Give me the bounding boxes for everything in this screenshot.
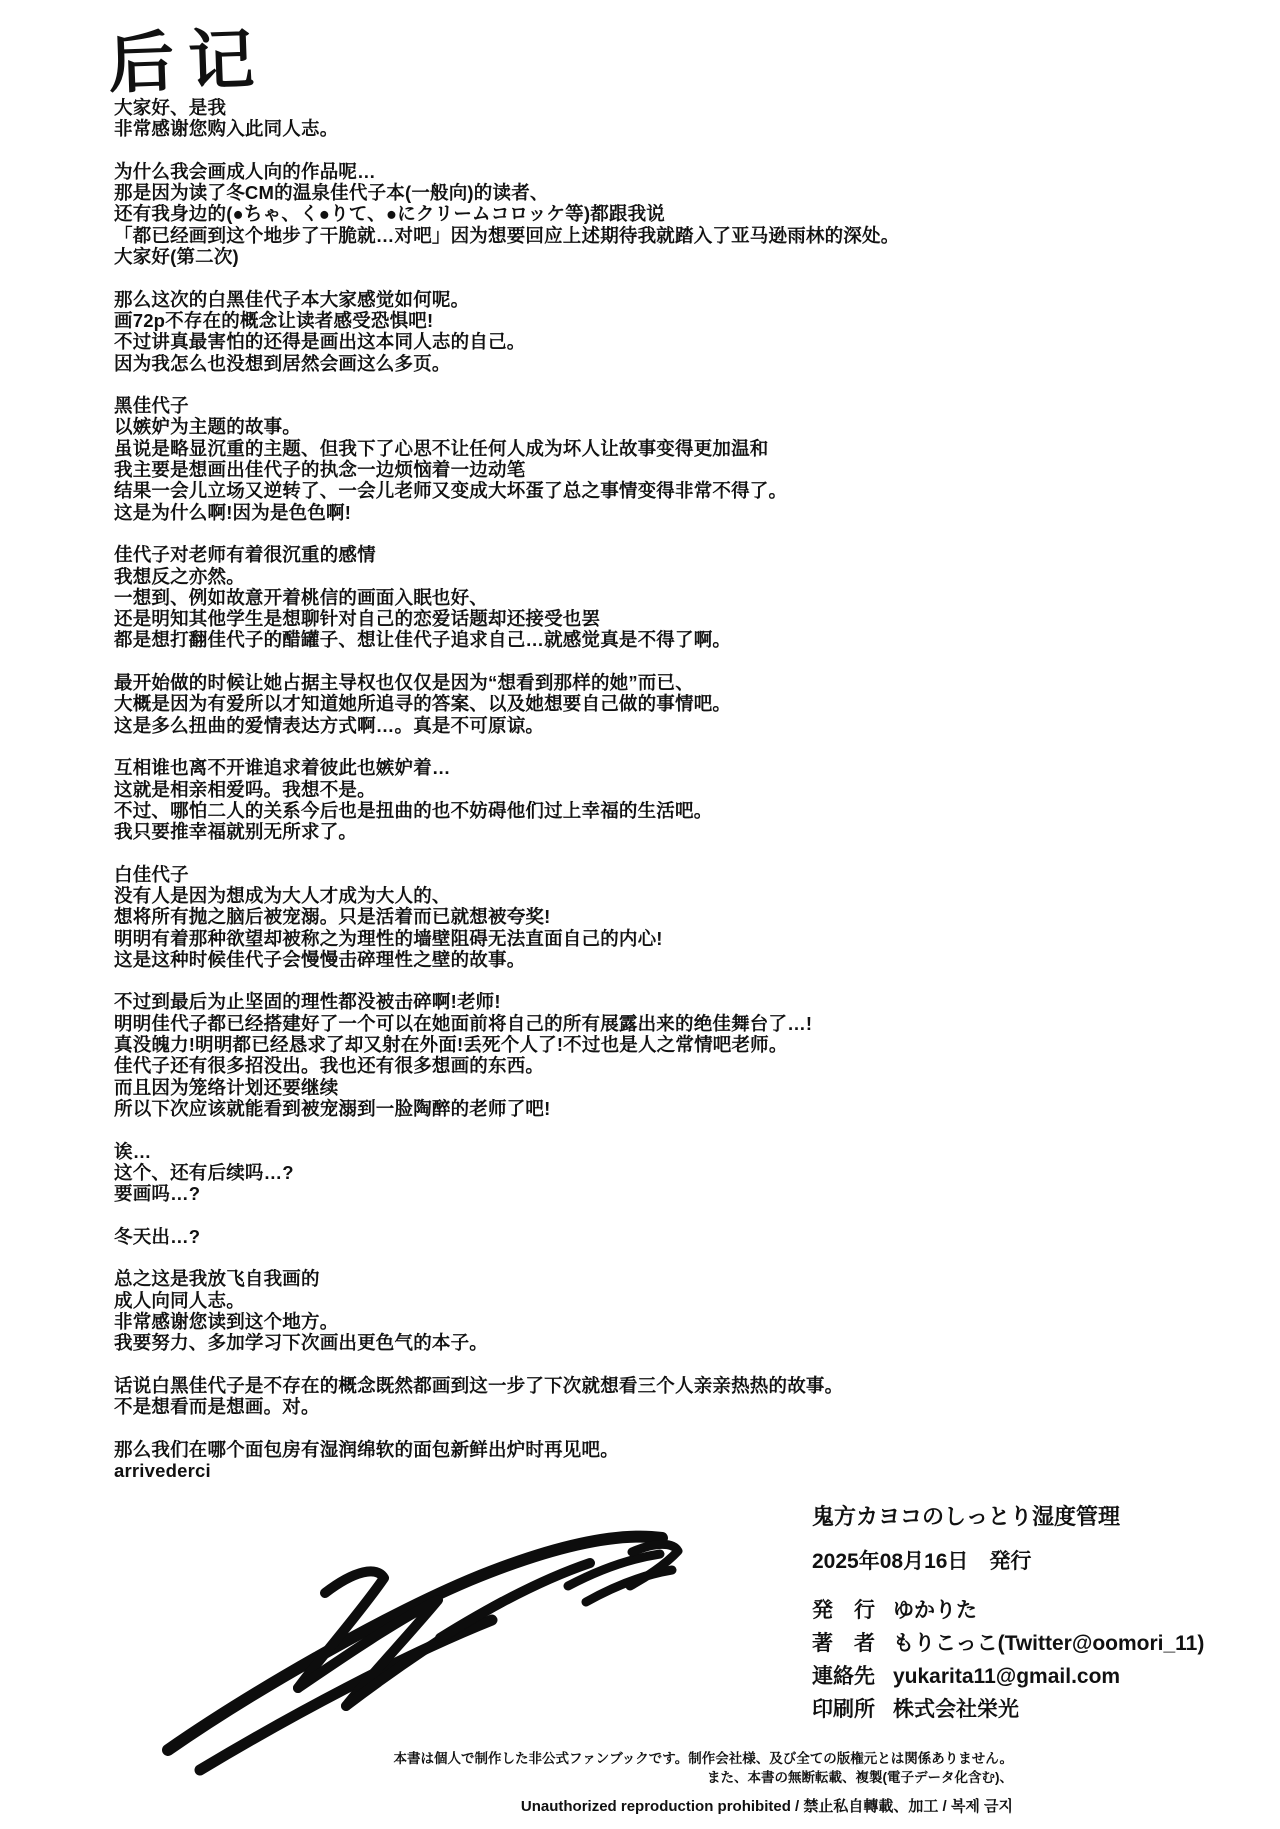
page-title: 后记 <box>106 5 269 106</box>
colophon-entries: 発 行ゆかりた著 者もりこっこ(Twitter@oomori_11)連絡先yuk… <box>812 1600 1232 1721</box>
colophon-value: ゆかりた <box>893 1600 977 1622</box>
text-line: 这就是相亲相爱吗。我想不是。 <box>114 779 1234 800</box>
text-line: 还有我身边的(●ちゃ、く●りて、●にクリームコロッケ等)都跟我说 <box>114 203 1234 224</box>
colophon-label: 連絡先 <box>812 1666 893 1688</box>
text-line: 黑佳代子 <box>114 395 1234 416</box>
text-line: 成人向同人志。 <box>114 1290 1234 1311</box>
colophon-label: 著 者 <box>812 1633 893 1655</box>
paragraph: 佳代子对老师有着很沉重的感情我想反之亦然。一想到、例如故意开着桃信的画面入眠也好… <box>114 544 1234 650</box>
paragraph: 那么我们在哪个面包房有湿润绵软的面包新鲜出炉时再见吧。arrivederci <box>114 1439 1234 1482</box>
afterword-body: 大家好、是我非常感谢您购入此同人志。为什么我会画成人向的作品呢…那是因为读了冬C… <box>114 97 1234 1481</box>
text-line: 一想到、例如故意开着桃信的画面入眠也好、 <box>114 587 1234 608</box>
text-line: 那么我们在哪个面包房有湿润绵软的面包新鲜出炉时再见吧。 <box>114 1439 1234 1460</box>
text-line: 这是这种时候佳代子会慢慢击碎理性之壁的故事。 <box>114 949 1234 970</box>
paragraph: 为什么我会画成人向的作品呢…那是因为读了冬CM的温泉佳代子本(一般向)的读者、还… <box>114 161 1234 267</box>
colophon-label: 印刷所 <box>812 1699 893 1721</box>
text-line: 明明佳代子都已经搭建好了一个可以在她面前将自己的所有展露出来的绝佳舞台了…! <box>114 1013 1234 1034</box>
text-line: 互相谁也离不开谁追求着彼此也嫉妒着… <box>114 757 1234 778</box>
text-line: 以嫉妒为主题的故事。 <box>114 416 1234 437</box>
text-line: 白佳代子 <box>114 864 1234 885</box>
text-line: 为什么我会画成人向的作品呢… <box>114 161 1234 182</box>
text-line: 不过、哪怕二人的关系今后也是扭曲的也不妨碍他们过上幸福的生活吧。 <box>114 800 1234 821</box>
text-line: 我要努力、多加学习下次画出更色气的本子。 <box>114 1332 1234 1353</box>
colophon: 鬼方カヨコのしっとり湿度管理 2025年08月16日 発行 発 行ゆかりた著 者… <box>812 1505 1232 1732</box>
text-line: 那么这次的白黑佳代子本大家感觉如何呢。 <box>114 289 1234 310</box>
paragraph: 最开始做的时候让她占据主导权也仅仅是因为“想看到那样的她”而已、大概是因为有爱所… <box>114 672 1234 736</box>
book-title: 鬼方カヨコのしっとり湿度管理 <box>812 1505 1232 1529</box>
disclaimer: 本書は個人で制作した非公式ファンブックです。制作会社様、及び全ての版権元とは関係… <box>393 1749 1013 1787</box>
text-line: 这是多么扭曲的爱情表达方式啊…。真是不可原谅。 <box>114 715 1234 736</box>
colophon-row: 著 者もりこっこ(Twitter@oomori_11) <box>812 1633 1232 1655</box>
text-line: 结果一会儿立场又逆转了、一会儿老师又变成大坏蛋了总之事情变得非常不得了。 <box>114 480 1234 501</box>
text-line: 画72p不存在的概念让读者感受恐惧吧! <box>114 310 1234 331</box>
colophon-row: 印刷所株式会社栄光 <box>812 1699 1232 1721</box>
text-line: 真没魄力!明明都已经恳求了却又射在外面!丢死个人了!不过也是人之常情吧老师。 <box>114 1034 1234 1055</box>
text-line: 想将所有抛之脑后被宠溺。只是活着而已就想被夸奖! <box>114 906 1234 927</box>
colophon-row: 連絡先yukarita11@gmail.com <box>812 1666 1232 1688</box>
text-line: 非常感谢您购入此同人志。 <box>114 118 1234 139</box>
paragraph: 冬天出…? <box>114 1226 1234 1247</box>
text-line: arrivederci <box>114 1460 1234 1481</box>
text-line: 这个、还有后续吗…? <box>114 1162 1234 1183</box>
text-line: 诶… <box>114 1141 1234 1162</box>
colophon-value: もりこっこ(Twitter@oomori_11) <box>893 1633 1204 1655</box>
text-line: 不过讲真最害怕的还得是画出这本同人志的自己。 <box>114 331 1234 352</box>
text-line: 最开始做的时候让她占据主导权也仅仅是因为“想看到那样的她”而已、 <box>114 672 1234 693</box>
text-line: 话说白黑佳代子是不存在的概念既然都画到这一步了下次就想看三个人亲亲热热的故事。 <box>114 1375 1234 1396</box>
text-line: 要画吗…? <box>114 1183 1234 1204</box>
paragraph: 白佳代子没有人是因为想成为大人才成为大人的、想将所有抛之脑后被宠溺。只是活着而已… <box>114 864 1234 970</box>
reproduction-prohibited-note: Unauthorized reproduction prohibited / 禁… <box>521 1795 1013 1816</box>
text-line: 都是想打翻佳代子的醋罐子、想让佳代子追求自己…就感觉真是不得了啊。 <box>114 629 1234 650</box>
text-line: 因为我怎么也没想到居然会画这么多页。 <box>114 353 1234 374</box>
text-line: 还是明知其他学生是想聊针对自己的恋爱话题却还接受也罢 <box>114 608 1234 629</box>
text-line: 冬天出…? <box>114 1226 1234 1247</box>
colophon-value: yukarita11@gmail.com <box>893 1666 1120 1688</box>
colophon-row: 発 行ゆかりた <box>812 1600 1232 1622</box>
paragraph: 黑佳代子以嫉妒为主题的故事。虽说是略显沉重的主题、但我下了心思不让任何人成为坏人… <box>114 395 1234 523</box>
text-line: 这是为什么啊!因为是色色啊! <box>114 502 1234 523</box>
paragraph: 诶…这个、还有后续吗…?要画吗…? <box>114 1141 1234 1205</box>
text-line: 我想反之亦然。 <box>114 566 1234 587</box>
paragraph: 话说白黑佳代子是不存在的概念既然都画到这一步了下次就想看三个人亲亲热热的故事。不… <box>114 1375 1234 1418</box>
text-line: 非常感谢您读到这个地方。 <box>114 1311 1234 1332</box>
text-line: 我只要推幸福就别无所求了。 <box>114 821 1234 842</box>
text-line: 所以下次应该就能看到被宠溺到一脸陶醉的老师了吧! <box>114 1098 1234 1119</box>
paragraph: 那么这次的白黑佳代子本大家感觉如何呢。画72p不存在的概念让读者感受恐惧吧!不过… <box>114 289 1234 374</box>
text-line: 而且因为笼络计划还要继续 <box>114 1077 1234 1098</box>
issue-date: 2025年08月16日 発行 <box>812 1551 1232 1573</box>
text-line: 大概是因为有爱所以才知道她所追寻的答案、以及她想要自己做的事情吧。 <box>114 693 1234 714</box>
text-line: 我主要是想画出佳代子的执念一边烦恼着一边动笔 <box>114 459 1234 480</box>
text-line: 总之这是我放飞自我画的 <box>114 1268 1234 1289</box>
text-line: 那是因为读了冬CM的温泉佳代子本(一般向)的读者、 <box>114 182 1234 203</box>
text-line: 不是想看而是想画。对。 <box>114 1396 1234 1417</box>
text-line: 佳代子还有很多招没出。我也还有很多想画的东西。 <box>114 1055 1234 1076</box>
text-line: 「都已经画到这个地步了干脆就…对吧」因为想要回应上述期待我就踏入了亚马逊雨林的深… <box>114 225 1234 246</box>
paragraph: 互相谁也离不开谁追求着彼此也嫉妒着…这就是相亲相爱吗。我想不是。不过、哪怕二人的… <box>114 757 1234 842</box>
text-line: 明明有着那种欲望却被称之为理性的墙壁阻碍无法直面自己的内心! <box>114 928 1234 949</box>
text-line: 不过到最后为止坚固的理性都没被击碎啊!老师! <box>114 991 1234 1012</box>
disclaimer-line-1: 本書は個人で制作した非公式ファンブックです。制作会社様、及び全ての版権元とは関係… <box>393 1749 1013 1768</box>
text-line: 虽说是略显沉重的主题、但我下了心思不让任何人成为坏人让故事变得更加温和 <box>114 438 1234 459</box>
afterword-page: 后记 大家好、是我非常感谢您购入此同人志。为什么我会画成人向的作品呢…那是因为读… <box>0 0 1280 1829</box>
text-line: 佳代子对老师有着很沉重的感情 <box>114 544 1234 565</box>
disclaimer-line-2: また、本書の無断転載、複製(電子データ化含む)、 <box>393 1768 1013 1787</box>
colophon-value: 株式会社栄光 <box>893 1699 1019 1721</box>
text-line: 大家好、是我 <box>114 97 1234 118</box>
paragraph: 不过到最后为止坚固的理性都没被击碎啊!老师!明明佳代子都已经搭建好了一个可以在她… <box>114 991 1234 1119</box>
text-line: 没有人是因为想成为大人才成为大人的、 <box>114 885 1234 906</box>
paragraph: 总之这是我放飞自我画的成人向同人志。非常感谢您读到这个地方。我要努力、多加学习下… <box>114 1268 1234 1353</box>
text-line: 大家好(第二次) <box>114 246 1234 267</box>
paragraph: 大家好、是我非常感谢您购入此同人志。 <box>114 97 1234 140</box>
colophon-label: 発 行 <box>812 1600 893 1622</box>
